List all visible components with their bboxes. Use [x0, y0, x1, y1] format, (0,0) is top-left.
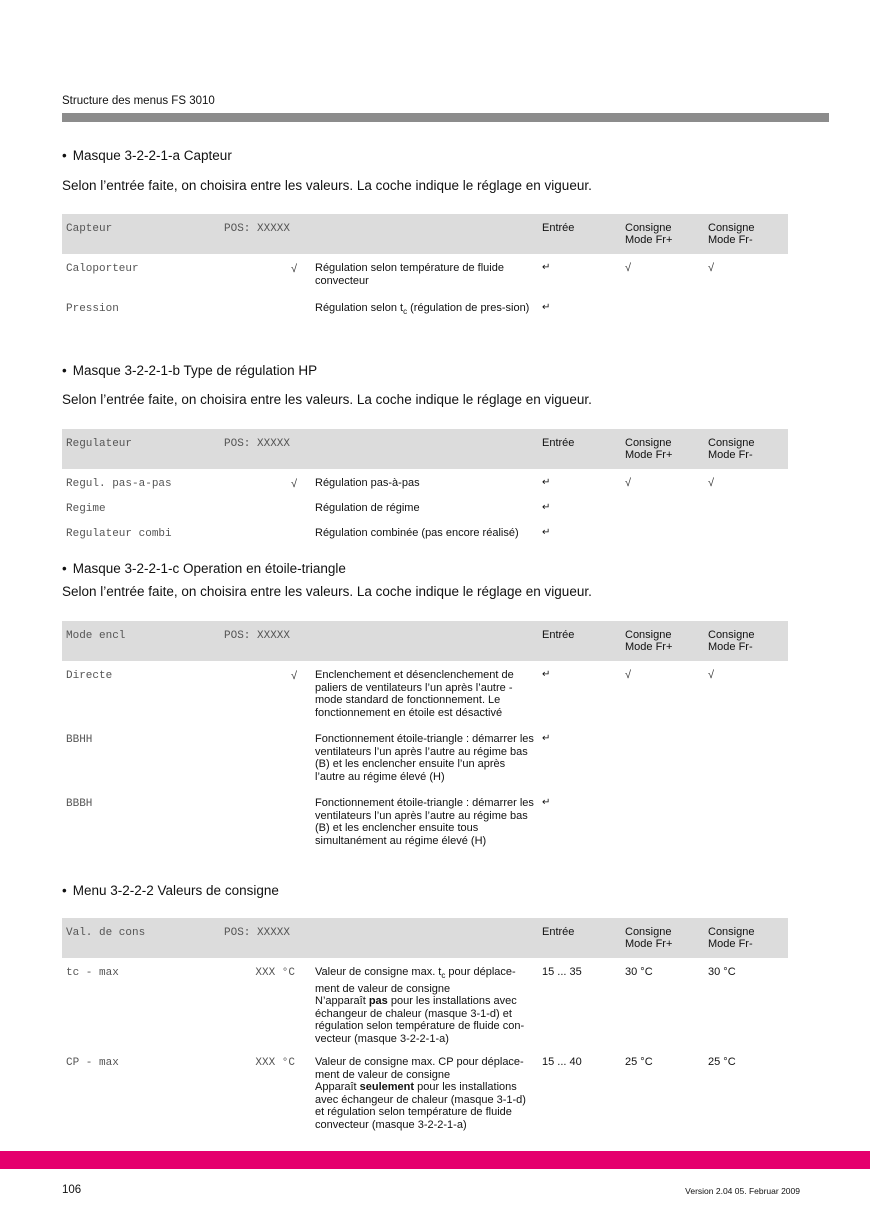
- col-entree: Entrée: [542, 926, 574, 938]
- bullet-icon: •: [62, 148, 67, 163]
- option-name: Regul. pas-a-pas: [66, 478, 172, 490]
- option-name: tc - max: [66, 967, 119, 979]
- check-icon: √: [625, 669, 631, 681]
- option-desc: Régulation selon tc (régulation de pres-…: [315, 302, 537, 319]
- option-name: Regime: [66, 503, 106, 515]
- intro-text: Selon l’entrée faite, on choisira entre …: [62, 584, 592, 599]
- footer-band: [0, 1151, 870, 1169]
- intro-text: Selon l’entrée faite, on choisira entre …: [62, 178, 592, 193]
- option-name: CP - max: [66, 1057, 119, 1069]
- page-number: 106: [62, 1184, 81, 1196]
- col-entree: Entrée: [542, 437, 574, 449]
- check-icon: √: [708, 477, 714, 489]
- table-header: Regulateur POS: XXXXX Entrée ConsigneMod…: [62, 429, 788, 469]
- option-name: BBHH: [66, 734, 92, 746]
- section-title-etoile-triangle: •Masque 3-2-2-1-c Operation en étoile-tr…: [62, 561, 346, 576]
- col-entree: Entrée: [542, 629, 574, 641]
- option-name: Caloporteur: [66, 263, 139, 275]
- enter-icon: ↵: [542, 669, 550, 680]
- menu-pos: POS: XXXXX: [224, 927, 290, 939]
- col-fr-minus: ConsigneMode Fr-: [708, 437, 754, 461]
- section-title-regulation: •Masque 3-2-2-1-b Type de régulation HP: [62, 363, 317, 378]
- menu-name: Mode encl: [66, 630, 125, 642]
- table-row: BBHH Fonctionnement étoile-triangle : dé…: [62, 725, 788, 789]
- option-desc: Valeur de consigne max. tc pour déplace-…: [315, 966, 537, 1045]
- enter-icon: ↵: [542, 733, 550, 744]
- option-desc: Valeur de consigne max. CP pour déplace-…: [315, 1056, 537, 1131]
- option-name: Regulateur combi: [66, 528, 172, 540]
- input-range: 15 ... 40: [542, 1056, 582, 1068]
- default-fr-minus: 25 °C: [708, 1056, 736, 1068]
- option-name: Directe: [66, 670, 112, 682]
- table-val-de-cons: Val. de cons POS: XXXXX Entrée ConsigneM…: [62, 918, 788, 1138]
- table-row: CP - max XXX °C Valeur de consigne max. …: [62, 1048, 788, 1138]
- col-fr-minus: ConsigneMode Fr-: [708, 222, 754, 246]
- enter-icon: ↵: [542, 262, 550, 273]
- menu-name: Regulateur: [66, 438, 132, 450]
- menu-name: Val. de cons: [66, 927, 145, 939]
- table-header: Val. de cons POS: XXXXX Entrée ConsigneM…: [62, 918, 788, 958]
- enter-icon: ↵: [542, 302, 550, 313]
- col-fr-plus: ConsigneMode Fr+: [625, 437, 672, 461]
- table-header: Capteur POS: XXXXX Entrée ConsigneMode F…: [62, 214, 788, 254]
- table-row: Regul. pas-a-pas √ Régulation pas-à-pas …: [62, 469, 788, 494]
- check-icon: √: [291, 263, 297, 275]
- col-fr-plus: ConsigneMode Fr+: [625, 926, 672, 950]
- table-regulateur: Regulateur POS: XXXXX Entrée ConsigneMod…: [62, 429, 788, 544]
- table-row: Pression Régulation selon tc (régulation…: [62, 294, 788, 334]
- version-info: Version 2.04 05. Februar 2009: [685, 1186, 800, 1196]
- table-header: Mode encl POS: XXXXX Entrée ConsigneMode…: [62, 621, 788, 661]
- table-row: Regulateur combi Régulation combinée (pa…: [62, 519, 788, 544]
- option-desc: Enclenchement et désenclenchement de pal…: [315, 669, 537, 719]
- option-value: XXX °C: [255, 967, 295, 979]
- bullet-icon: •: [62, 883, 67, 898]
- running-head: Structure des menus FS 3010: [62, 95, 215, 107]
- table-row: Caloporteur √ Régulation selon températu…: [62, 254, 788, 294]
- option-desc: Fonctionnement étoile-triangle : démarre…: [315, 797, 537, 847]
- check-icon: √: [625, 477, 631, 489]
- check-icon: √: [625, 262, 631, 274]
- col-entree: Entrée: [542, 222, 574, 234]
- menu-name: Capteur: [66, 223, 112, 235]
- menu-pos: POS: XXXXX: [224, 630, 290, 642]
- option-desc: Régulation de régime: [315, 502, 537, 515]
- col-fr-plus: ConsigneMode Fr+: [625, 629, 672, 653]
- table-row: Directe √ Enclenchement et désenclenchem…: [62, 661, 788, 725]
- option-name: BBBH: [66, 798, 92, 810]
- option-desc: Régulation pas-à-pas: [315, 477, 537, 490]
- check-icon: √: [291, 670, 297, 682]
- enter-icon: ↵: [542, 477, 550, 488]
- input-range: 15 ... 35: [542, 966, 582, 978]
- enter-icon: ↵: [542, 527, 550, 538]
- option-desc: Fonctionnement étoile-triangle : démarre…: [315, 733, 537, 783]
- table-row: Regime Régulation de régime ↵: [62, 494, 788, 519]
- option-value: XXX °C: [255, 1057, 295, 1069]
- col-fr-minus: ConsigneMode Fr-: [708, 926, 754, 950]
- default-fr-plus: 30 °C: [625, 966, 653, 978]
- menu-pos: POS: XXXXX: [224, 438, 290, 450]
- table-row: BBBH Fonctionnement étoile-triangle : dé…: [62, 789, 788, 853]
- intro-text: Selon l’entrée faite, on choisira entre …: [62, 392, 592, 407]
- header-rule: [62, 113, 829, 122]
- enter-icon: ↵: [542, 797, 550, 808]
- bullet-icon: •: [62, 363, 67, 378]
- table-row: tc - max XXX °C Valeur de consigne max. …: [62, 958, 788, 1048]
- option-desc: Régulation selon température de fluide c…: [315, 262, 537, 287]
- menu-pos: POS: XXXXX: [224, 223, 290, 235]
- section-title-capteur: •Masque 3-2-2-1-a Capteur: [62, 148, 232, 163]
- default-fr-minus: 30 °C: [708, 966, 736, 978]
- option-desc: Régulation combinée (pas encore réalisé): [315, 527, 550, 540]
- check-icon: √: [708, 262, 714, 274]
- enter-icon: ↵: [542, 502, 550, 513]
- bullet-icon: •: [62, 561, 67, 576]
- check-icon: √: [708, 669, 714, 681]
- section-title-valeurs-consigne: •Menu 3-2-2-2 Valeurs de consigne: [62, 883, 279, 898]
- option-name: Pression: [66, 303, 119, 315]
- default-fr-plus: 25 °C: [625, 1056, 653, 1068]
- col-fr-minus: ConsigneMode Fr-: [708, 629, 754, 653]
- col-fr-plus: ConsigneMode Fr+: [625, 222, 672, 246]
- table-mode-encl: Mode encl POS: XXXXX Entrée ConsigneMode…: [62, 621, 788, 853]
- table-capteur: Capteur POS: XXXXX Entrée ConsigneMode F…: [62, 214, 788, 334]
- check-icon: √: [291, 478, 297, 490]
